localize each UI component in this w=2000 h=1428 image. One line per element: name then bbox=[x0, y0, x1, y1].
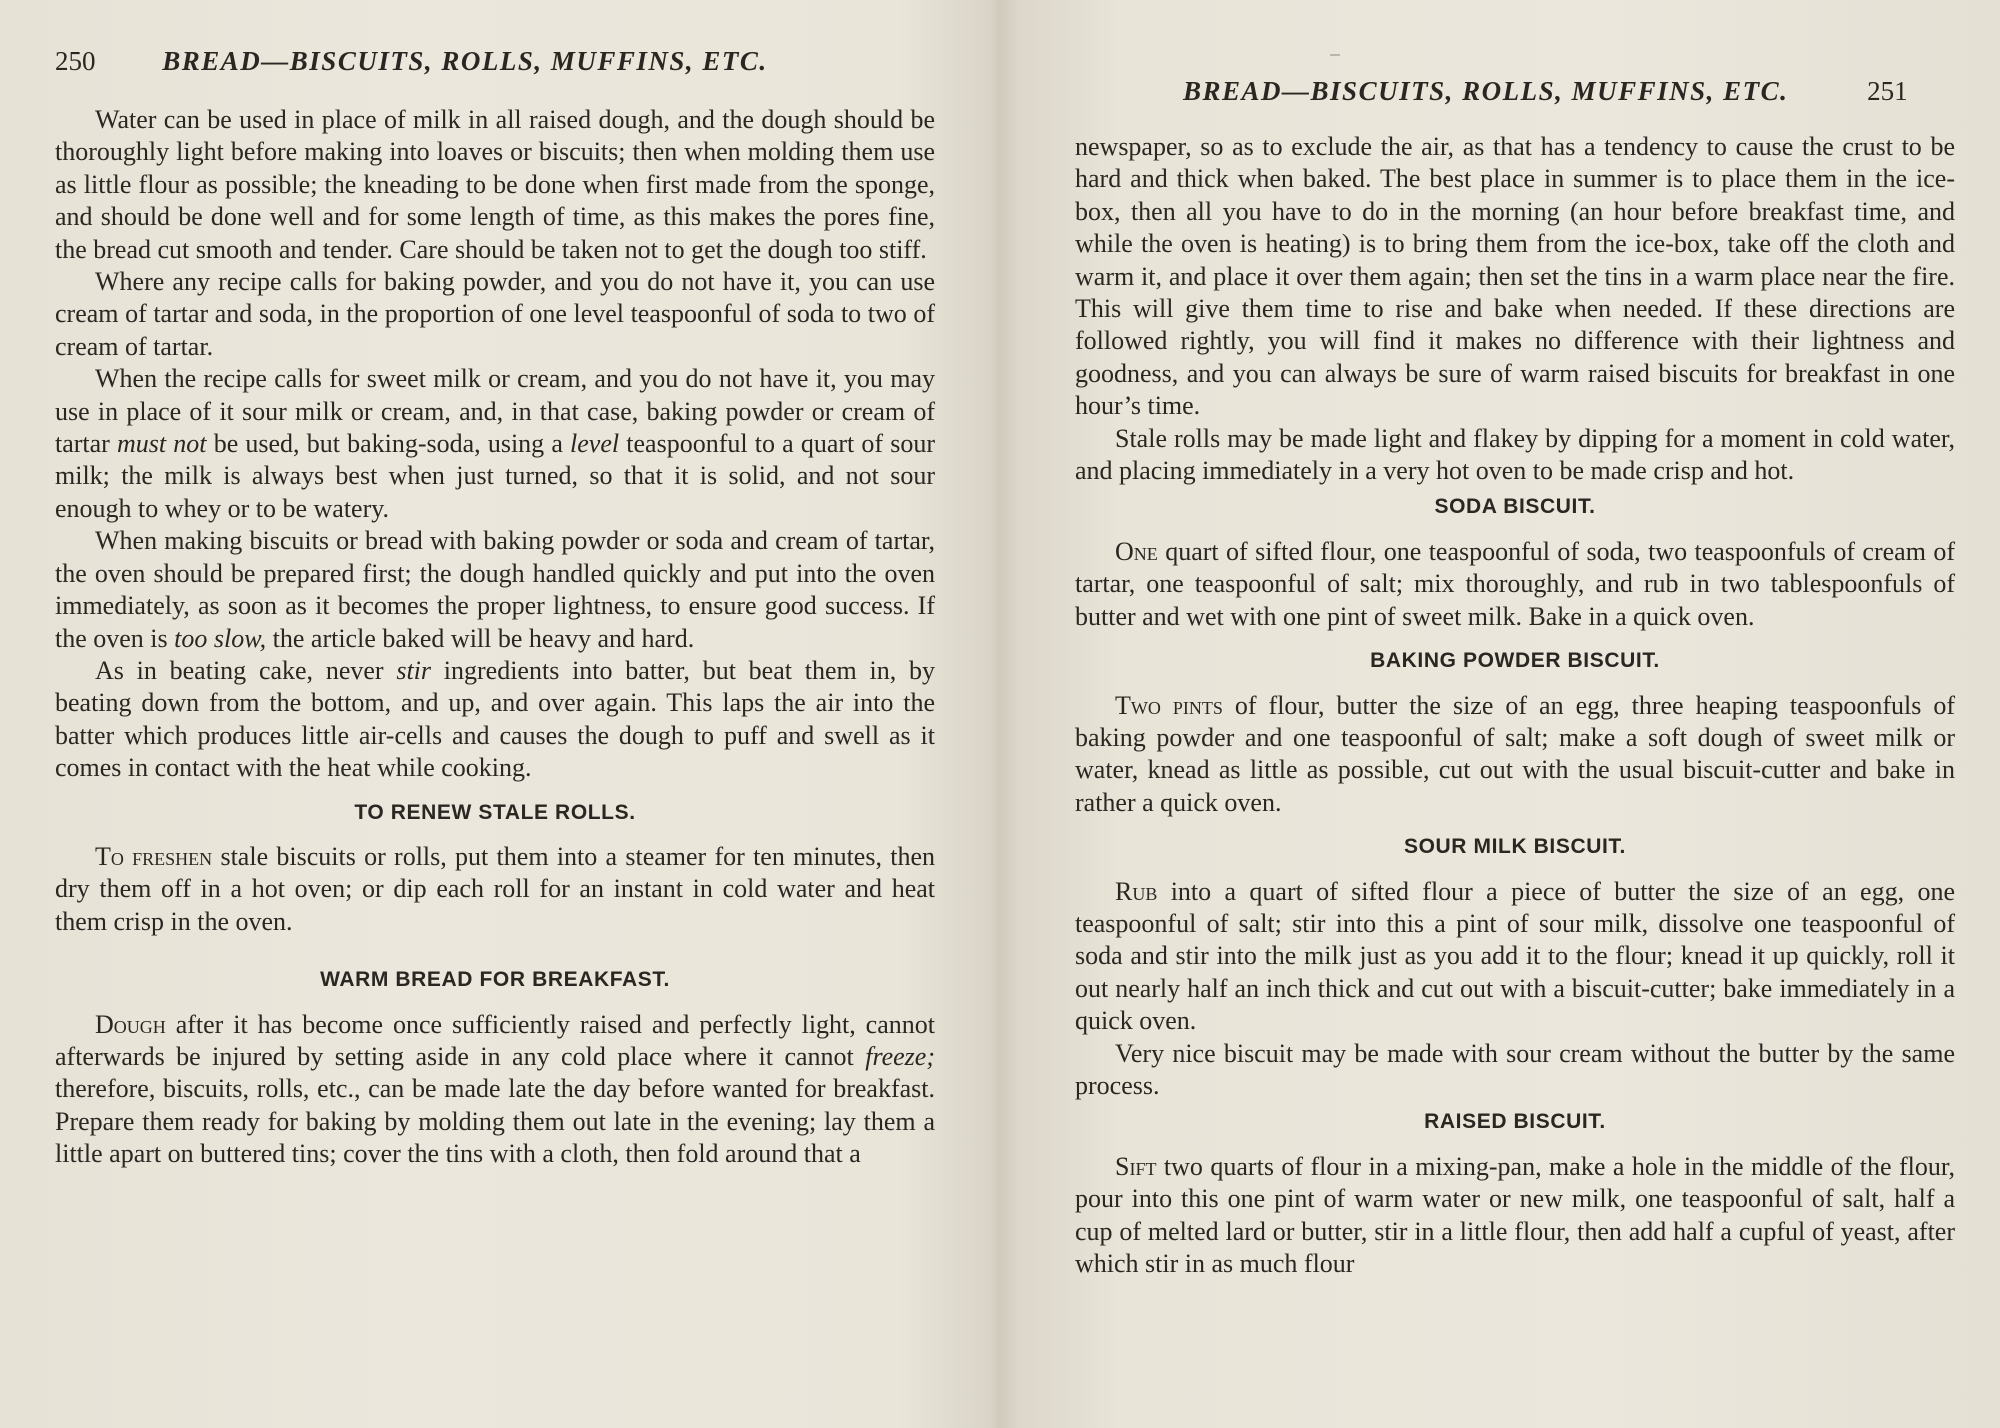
paragraph-continuation: newspaper, so as to exclude the air, as … bbox=[1075, 131, 1955, 423]
left-page: 250 BREAD—BISCUITS, ROLLS, MUFFINS, ETC.… bbox=[0, 0, 1000, 1428]
text-run: be used, but baking-soda, using a bbox=[207, 429, 571, 458]
running-head-left: 250 BREAD—BISCUITS, ROLLS, MUFFINS, ETC. bbox=[55, 46, 768, 77]
lead-words: Rub bbox=[1115, 877, 1157, 906]
paragraph: When the recipe calls for sweet milk or … bbox=[55, 363, 935, 525]
lead-words: Two pints bbox=[1115, 691, 1223, 720]
paragraph: Where any recipe calls for baking powder… bbox=[55, 266, 935, 363]
book-spread: 250 BREAD—BISCUITS, ROLLS, MUFFINS, ETC.… bbox=[0, 0, 2000, 1428]
recipe-paragraph: Two pints of flour, butter the size of a… bbox=[1075, 690, 1955, 820]
text-run: after it has become once sufficiently ra… bbox=[55, 1010, 935, 1071]
running-head-right: BREAD—BISCUITS, ROLLS, MUFFINS, ETC. 251 bbox=[1183, 76, 1908, 107]
paragraph: Very nice biscuit may be made with sour … bbox=[1075, 1038, 1955, 1103]
right-page: BREAD—BISCUITS, ROLLS, MUFFINS, ETC. 251… bbox=[1000, 0, 2000, 1428]
emphasis: too slow, bbox=[174, 624, 266, 653]
lead-words: Sift bbox=[1115, 1152, 1156, 1181]
paragraph: When making biscuits or bread with bakin… bbox=[55, 525, 935, 655]
lead-words: One bbox=[1115, 537, 1158, 566]
paper-speck bbox=[1330, 54, 1340, 56]
recipe-paragraph: Sift two quarts of flour in a mixing-pan… bbox=[1075, 1151, 1955, 1281]
recipe-paragraph: Dough after it has become once sufficien… bbox=[55, 1009, 935, 1171]
text-run: therefore, biscuits, rolls, etc., can be… bbox=[55, 1074, 935, 1168]
section-heading: BAKING POWDER BISCUIT. bbox=[1075, 645, 1955, 677]
running-head-title: BREAD—BISCUITS, ROLLS, MUFFINS, ETC. bbox=[1183, 76, 1788, 106]
emphasis: freeze; bbox=[865, 1042, 935, 1071]
section-heading: TO RENEW STALE ROLLS. bbox=[55, 797, 935, 829]
left-page-body: Water can be used in place of milk in al… bbox=[55, 104, 935, 1171]
paragraph: As in beating cake, never stir ingredien… bbox=[55, 655, 935, 785]
section-heading: SOUR MILK BISCUIT. bbox=[1075, 831, 1955, 863]
page-number: 250 bbox=[55, 46, 96, 76]
recipe-paragraph: To freshen stale biscuits or rolls, put … bbox=[55, 841, 935, 938]
section-heading: RAISED BISCUIT. bbox=[1075, 1106, 1955, 1138]
text-run: quart of sifted flour, one teaspoonful o… bbox=[1075, 537, 1955, 631]
right-page-body: newspaper, so as to exclude the air, as … bbox=[1075, 131, 1955, 1280]
emphasis: must not bbox=[117, 429, 207, 458]
emphasis: stir bbox=[396, 656, 431, 685]
running-head-title: BREAD—BISCUITS, ROLLS, MUFFINS, ETC. bbox=[162, 46, 767, 76]
lead-words: Dough bbox=[95, 1010, 166, 1039]
section-heading: WARM BREAD FOR BREAKFAST. bbox=[55, 964, 935, 996]
text-run: the article baked will be heavy and hard… bbox=[266, 624, 694, 653]
emphasis: level bbox=[570, 429, 619, 458]
page-number: 251 bbox=[1867, 76, 1908, 106]
paragraph: Water can be used in place of milk in al… bbox=[55, 104, 935, 266]
text-run: two quarts of flour in a mixing-pan, mak… bbox=[1075, 1152, 1955, 1278]
recipe-paragraph: Rub into a quart of sifted flour a piece… bbox=[1075, 876, 1955, 1038]
lead-words: To freshen bbox=[95, 842, 212, 871]
recipe-paragraph: One quart of sifted flour, one teaspoonf… bbox=[1075, 536, 1955, 633]
text-run: As in beating cake, never bbox=[95, 656, 396, 685]
text-run: into a quart of sifted flour a piece of … bbox=[1075, 877, 1955, 1036]
section-heading: SODA BISCUIT. bbox=[1075, 491, 1955, 523]
paragraph: Stale rolls may be made light and flakey… bbox=[1075, 423, 1955, 488]
